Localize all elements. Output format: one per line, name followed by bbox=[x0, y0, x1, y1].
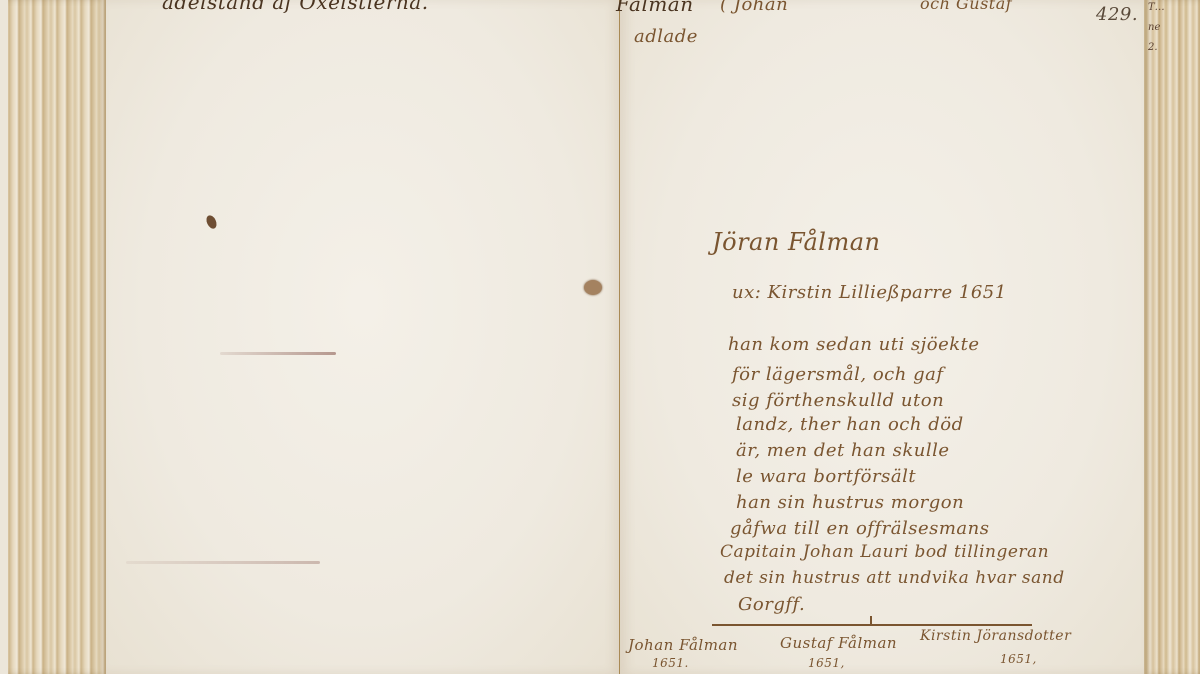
entry-line: Capitain Johan Lauri bod tillingeran bbox=[720, 542, 1049, 562]
right-page: Fålman ( Johan och Gustaf adlade 429. Jö… bbox=[620, 0, 1144, 674]
entry-line: det sin hustrus att undvika hvar sand bbox=[724, 568, 1065, 588]
entry-line: le wara bortförsält bbox=[736, 466, 916, 487]
header-parenthetical: ( Johan bbox=[720, 0, 788, 15]
child-year: 1651. bbox=[652, 656, 689, 670]
header-surname: Fålman bbox=[616, 0, 694, 16]
entry-line: landz, ther han och död bbox=[736, 414, 964, 435]
entry-line: sig förthenskulld uton bbox=[732, 390, 944, 411]
header-conjunction: och Gustaf bbox=[920, 0, 1012, 13]
faint-ruled-stroke bbox=[220, 352, 336, 355]
margin-mark: ne bbox=[1148, 22, 1160, 33]
margin-mark: T… bbox=[1148, 2, 1165, 13]
entry-line: Gorgff. bbox=[738, 594, 805, 615]
entry-line: han kom sedan uti sjöekte bbox=[728, 334, 980, 355]
child-name: Gustaf Fålman bbox=[780, 634, 897, 652]
entry-line: för lägersmål, och gaf bbox=[732, 364, 943, 385]
left-page: adelstand af Oxelstierna. bbox=[106, 0, 620, 674]
left-page-edges bbox=[0, 0, 106, 674]
child-name: Kirstin Jöransdotter bbox=[920, 628, 1071, 644]
child-year: 1651, bbox=[1000, 652, 1037, 666]
entry-line: gåfwa till en offrälsesmans bbox=[730, 518, 989, 539]
entry-line: han sin hustrus morgon bbox=[736, 492, 964, 513]
page-number: 429. bbox=[1096, 4, 1138, 25]
entry-name: Jöran Fålman bbox=[712, 228, 880, 256]
bracket-tick bbox=[870, 616, 872, 624]
child-name: Johan Fålman bbox=[628, 636, 738, 654]
ink-blot bbox=[204, 214, 218, 230]
entry-spouse: ux: Kirstin Lilließparre 1651 bbox=[732, 282, 1007, 303]
child-year: 1651, bbox=[808, 656, 845, 670]
children-bracket bbox=[712, 624, 1032, 626]
paper-damage-spot bbox=[584, 280, 602, 295]
open-book-spread: adelstand af Oxelstierna. Fålman ( Johan… bbox=[0, 0, 1200, 674]
margin-mark: 2. bbox=[1148, 42, 1158, 53]
faint-ruled-stroke bbox=[126, 561, 320, 564]
left-page-header: adelstand af Oxelstierna. bbox=[162, 0, 429, 14]
entry-line: är, men det han skulle bbox=[736, 440, 950, 461]
header-subline: adlade bbox=[634, 26, 698, 47]
right-page-edges: T… ne 2. bbox=[1144, 0, 1200, 674]
